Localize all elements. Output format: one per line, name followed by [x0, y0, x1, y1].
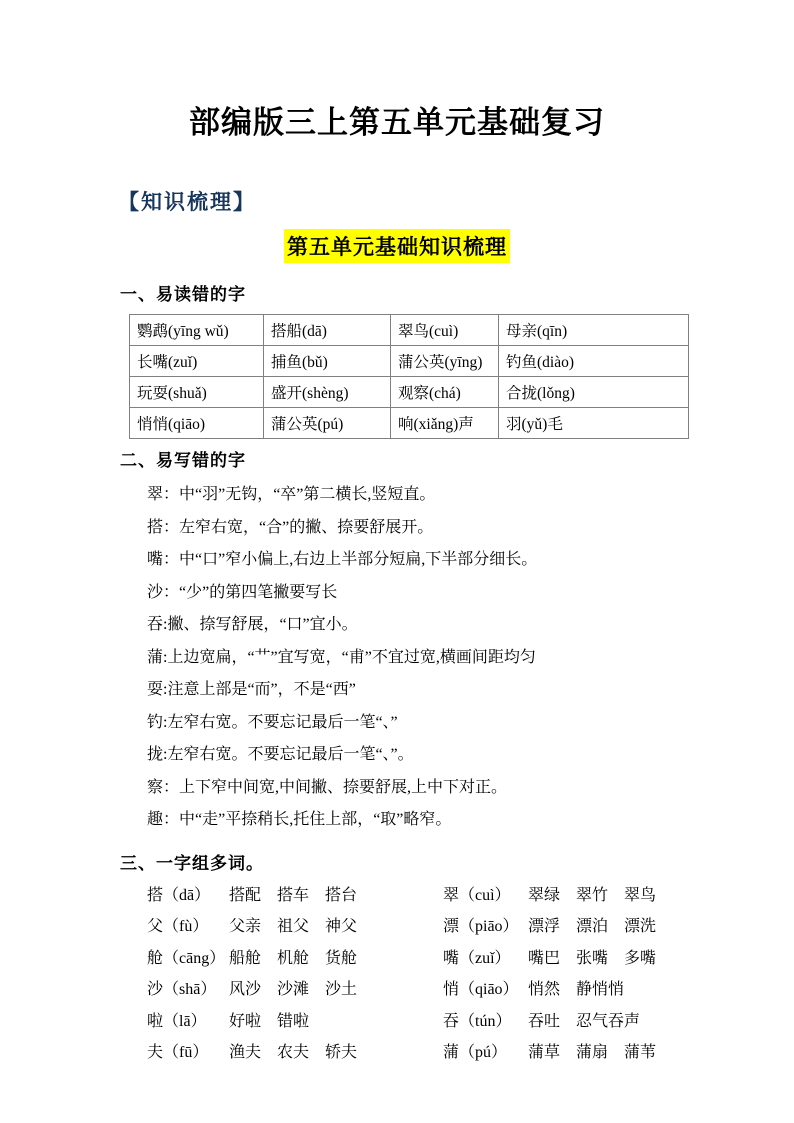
table-cell: 羽(yǔ)毛 [499, 408, 689, 439]
writing-tip: 搭：左窄右宽，“合”的撇、捺要舒展开。 [147, 512, 794, 545]
word-group-item: 悄（qiāo）悄然 静悄悄 [443, 974, 743, 1006]
section-heading-easily-miswritten: 二、易写错的字 [120, 446, 794, 471]
table-row: 悄悄(qiāo) 蒲公英(pú) 响(xiǎng)声 羽(yǔ)毛 [130, 408, 689, 439]
writing-tip: 察：上下窄中间宽,中间撇、捺要舒展,上中下对正。 [147, 772, 794, 805]
writing-tip: 蒲:上边宽扁，“艹”宜写宽，“甫”不宜过宽,横画间距均匀 [147, 642, 794, 675]
word-group-row: 搭（dā）搭配 搭车 搭台 翠（cuì）翠绿 翠竹 翠鸟 [147, 880, 794, 912]
writing-tip: 趣：中“走”平捺稍长,托住上部，“取”略窄。 [147, 804, 794, 837]
word-group-head: 啦（lā） [147, 1006, 229, 1038]
word-group-head: 父（fù） [147, 911, 229, 943]
table-row: 长嘴(zuǐ) 捕鱼(bǔ) 蒲公英(yīng) 钓鱼(diào) [130, 346, 689, 377]
word-group-words: 漂浮 漂泊 漂洗 [528, 918, 656, 935]
word-group-head: 翠（cuì） [443, 880, 528, 912]
word-group-item: 舱（cāng）船舱 机舱 货舱 [147, 943, 443, 975]
word-group-words: 船舱 机舱 货舱 [229, 950, 357, 967]
word-group-words: 好啦 错啦 [229, 1013, 309, 1030]
word-group-head: 舱（cāng） [147, 943, 229, 975]
word-group-row: 舱（cāng）船舱 机舱 货舱 嘴（zuǐ）嘴巴 张嘴 多嘴 [147, 943, 794, 975]
knowledge-review-label: 【知识梳理】 [118, 186, 794, 216]
writing-tip: 吞:撇、捺写舒展，“口”宜小。 [147, 609, 794, 642]
table-cell: 母亲(qīn) [499, 315, 689, 346]
word-group-row: 沙（shā）风沙 沙滩 沙土 悄（qiāo）悄然 静悄悄 [147, 974, 794, 1006]
unit-heading-highlighted: 第五单元基础知识梳理 [284, 229, 510, 263]
word-group-row: 啦（lā）好啦 错啦 吞（tún）吞吐 忍气吞声 [147, 1006, 794, 1038]
writing-tip: 拢:左窄右宽。不要忘记最后一笔“、”。 [147, 739, 794, 772]
word-group-words: 嘴巴 张嘴 多嘴 [528, 950, 656, 967]
word-group-row: 夫（fū）渔夫 农夫 轿夫 蒲（pú）蒲草 蒲扇 蒲苇 [147, 1037, 794, 1069]
table-cell: 捕鱼(bǔ) [264, 346, 391, 377]
table-cell: 搭船(dā) [264, 315, 391, 346]
word-group-head: 搭（dā） [147, 880, 229, 912]
word-group-head: 蒲（pú） [443, 1037, 528, 1069]
misread-characters-table: 鹦鹉(yīng wǔ) 搭船(dā) 翠鸟(cuì) 母亲(qīn) 长嘴(zu… [129, 314, 689, 439]
writing-tips-list: 翠：中“羽”无钩，“卒”第二横长,竖短直。 搭：左窄右宽，“合”的撇、捺要舒展开… [147, 479, 794, 837]
word-group-item: 夫（fū）渔夫 农夫 轿夫 [147, 1037, 443, 1069]
table-cell: 盛开(shèng) [264, 377, 391, 408]
word-group-head: 漂（piāo） [443, 911, 528, 943]
section-heading-easily-misread: 一、易读错的字 [120, 280, 794, 305]
word-group-head: 夫（fū） [147, 1037, 229, 1069]
writing-tip: 沙：“少”的第四笔撇要写长 [147, 577, 794, 610]
word-group-row: 父（fù）父亲 祖父 神父 漂（piāo）漂浮 漂泊 漂洗 [147, 911, 794, 943]
word-group-words: 搭配 搭车 搭台 [229, 887, 357, 904]
word-group-item: 吞（tún）吞吐 忍气吞声 [443, 1006, 743, 1038]
section-heading-word-groups: 三、一字组多词。 [120, 849, 794, 874]
table-cell: 鹦鹉(yīng wǔ) [130, 315, 264, 346]
word-group-words: 蒲草 蒲扇 蒲苇 [528, 1044, 656, 1061]
page-title: 部编版三上第五单元基础复习 [0, 0, 794, 142]
table-cell: 长嘴(zuǐ) [130, 346, 264, 377]
table-row: 玩耍(shuǎ) 盛开(shèng) 观察(chá) 合拢(lǒng) [130, 377, 689, 408]
word-group-head: 沙（shā） [147, 974, 229, 1006]
table-cell: 悄悄(qiāo) [130, 408, 264, 439]
table-cell: 蒲公英(pú) [264, 408, 391, 439]
word-group-item: 漂（piāo）漂浮 漂泊 漂洗 [443, 911, 743, 943]
word-group-words: 翠绿 翠竹 翠鸟 [528, 887, 656, 904]
word-group-words: 风沙 沙滩 沙土 [229, 981, 357, 998]
word-group-item: 翠（cuì）翠绿 翠竹 翠鸟 [443, 880, 743, 912]
writing-tip: 嘴：中“口”窄小偏上,右边上半部分短扁,下半部分细长。 [147, 544, 794, 577]
table-cell: 翠鸟(cuì) [391, 315, 499, 346]
word-group-item: 搭（dā）搭配 搭车 搭台 [147, 880, 443, 912]
word-groups-list: 搭（dā）搭配 搭车 搭台 翠（cuì）翠绿 翠竹 翠鸟 父（fù）父亲 祖父 … [147, 880, 794, 1069]
table-cell: 合拢(lǒng) [499, 377, 689, 408]
table-cell: 响(xiǎng)声 [391, 408, 499, 439]
table-row: 鹦鹉(yīng wǔ) 搭船(dā) 翠鸟(cuì) 母亲(qīn) [130, 315, 689, 346]
writing-tip: 钓:左窄右宽。不要忘记最后一笔“、” [147, 707, 794, 740]
table-cell: 玩耍(shuǎ) [130, 377, 264, 408]
writing-tip: 翠：中“羽”无钩，“卒”第二横长,竖短直。 [147, 479, 794, 512]
word-group-item: 沙（shā）风沙 沙滩 沙土 [147, 974, 443, 1006]
word-group-words: 悄然 静悄悄 [528, 981, 624, 998]
word-group-item: 嘴（zuǐ）嘴巴 张嘴 多嘴 [443, 943, 743, 975]
table-cell: 钓鱼(diào) [499, 346, 689, 377]
table-cell: 蒲公英(yīng) [391, 346, 499, 377]
word-group-head: 吞（tún） [443, 1006, 528, 1038]
writing-tip: 耍:注意上部是“而”，不是“西” [147, 674, 794, 707]
word-group-words: 吞吐 忍气吞声 [528, 1013, 640, 1030]
word-group-words: 渔夫 农夫 轿夫 [229, 1044, 357, 1061]
word-group-head: 嘴（zuǐ） [443, 943, 528, 975]
word-group-head: 悄（qiāo） [443, 974, 528, 1006]
word-group-item: 蒲（pú）蒲草 蒲扇 蒲苇 [443, 1037, 743, 1069]
word-group-item: 父（fù）父亲 祖父 神父 [147, 911, 443, 943]
document-page: 部编版三上第五单元基础复习 【知识梳理】 第五单元基础知识梳理 一、易读错的字 … [0, 0, 794, 1123]
table-cell: 观察(chá) [391, 377, 499, 408]
highlight-heading-row: 第五单元基础知识梳理 [0, 229, 794, 263]
word-group-item: 啦（lā）好啦 错啦 [147, 1006, 443, 1038]
word-group-words: 父亲 祖父 神父 [229, 918, 357, 935]
